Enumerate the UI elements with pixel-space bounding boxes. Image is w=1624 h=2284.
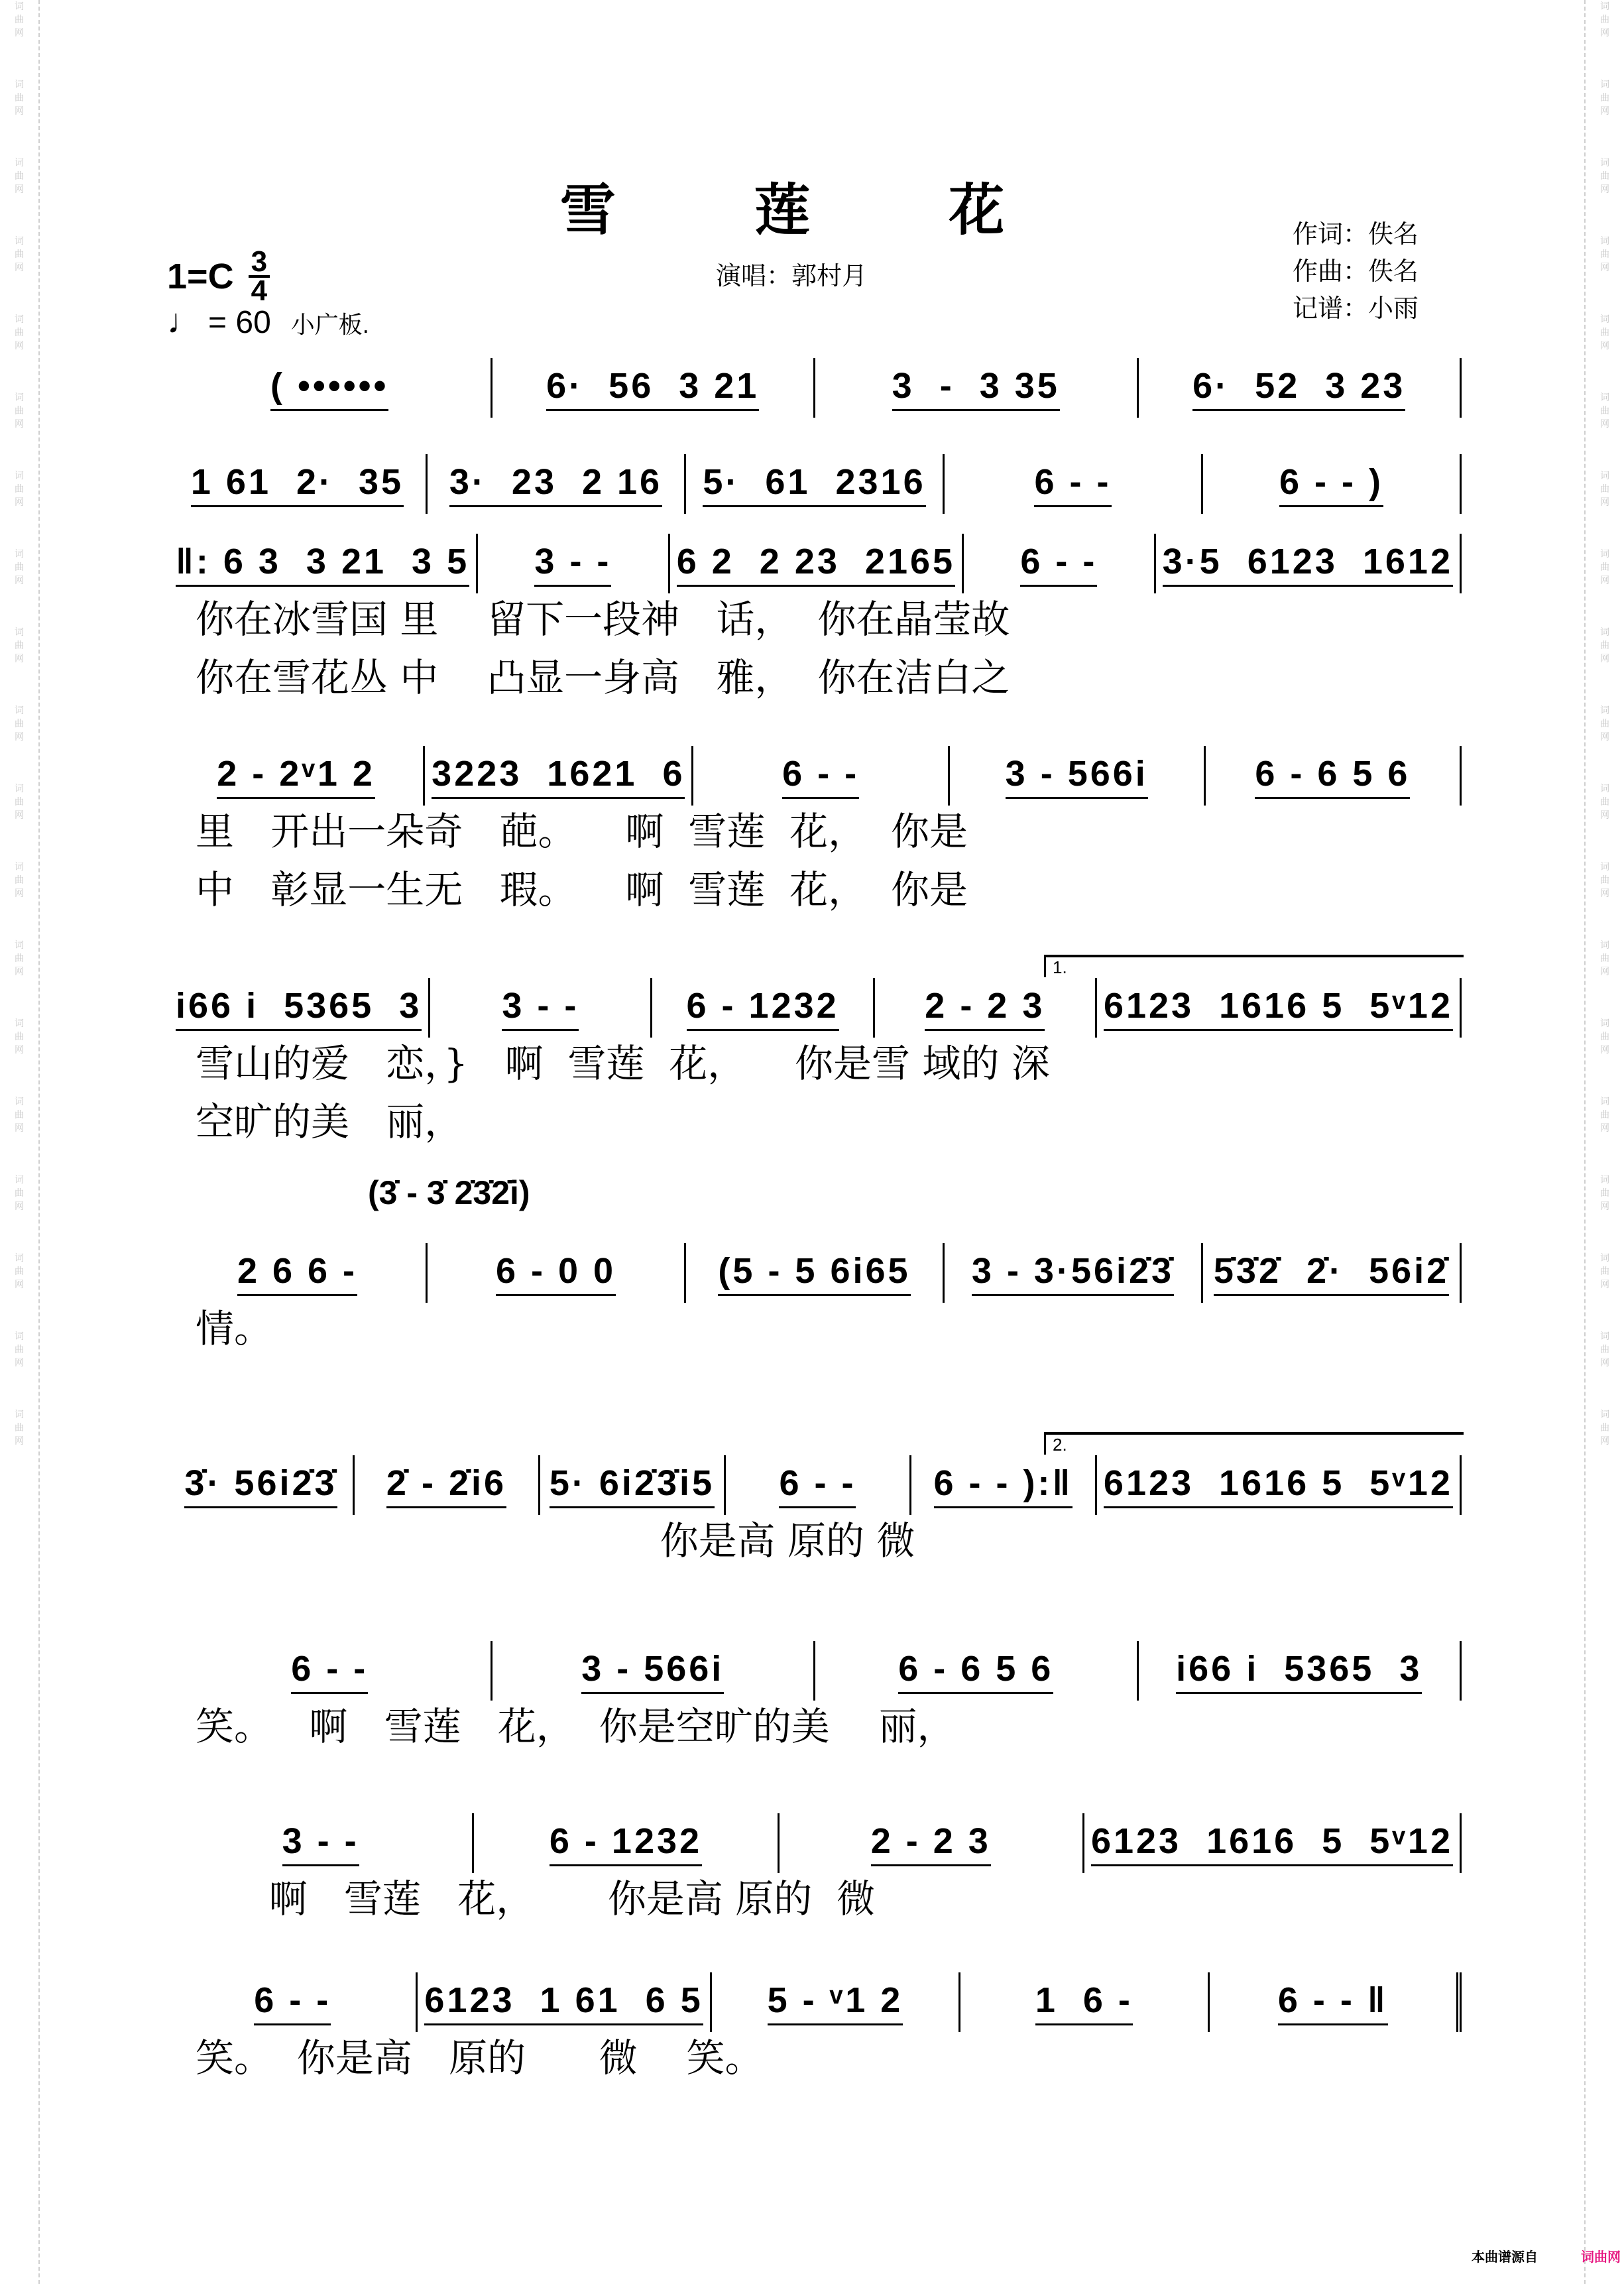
watermark-text: 词 曲 网 [0,0,38,40]
watermark-text: 词 曲 网 [0,1330,38,1370]
watermark-text: 词 曲 网 [1586,0,1624,40]
note-group: 6123 1 61 6 5 [424,1980,703,2025]
music-system: ( ••••••6· 56 3 213 - 3 356· 52 3 23 [169,361,1462,414]
note-group: i66 i 5365 3 [1176,1648,1422,1694]
measure: 3·5 6123 1612 [1156,534,1462,593]
measure: 2 - 2 3 [875,978,1097,1038]
watermark-text: 词 曲 网 [1586,548,1624,587]
watermark-text: 词 曲 网 [0,704,38,744]
lyric-line: 情。 [169,1299,1462,1358]
measure: 6 - - [693,746,949,806]
watermark-text: 词 曲 网 [1586,469,1624,509]
site-logo: 词曲网 [1581,2249,1621,2265]
volta-bracket: 1. [1044,955,1464,977]
left-watermark-strip: 词 曲 网词 曲 网词 曲 网词 曲 网词 曲 网词 曲 网词 曲 网词 曲 网… [0,0,40,2284]
note-group: i66 i 5365 3 [176,985,422,1031]
singer-credit: 演唱：郭村月 [716,255,867,292]
measure: 6 2 2 23 2165 [670,534,964,593]
key-signature: 1=C 3 4 [167,249,270,304]
note-group: 6 - 1232 [687,985,839,1031]
measure: 2 - 2 3 [780,1813,1084,1873]
watermark-text: 词 曲 网 [1586,939,1624,979]
note-group: 6123 1616 5 5ᵛ12 [1104,985,1453,1031]
note-group: 6 - - [782,753,859,799]
watermark-text: 词 曲 网 [1586,313,1624,353]
note-group: 6 - - [291,1648,368,1694]
measure: 3 - - [478,534,670,593]
watermark-text: 词 曲 网 [0,469,38,509]
notation-row: 2 - 2ᵛ1 23223 1621 66 - -3 - 566i6 - 6 5… [169,749,1462,802]
measure: 3̇· 56i2̇3̇ [169,1455,355,1515]
lyric-line: 你在冰雪国 里 留下一段神 话， 你在晶莹故 [169,590,1462,648]
watermark-text: 词 曲 网 [0,1095,38,1135]
measure: 3 - - [169,1813,474,1873]
measure: i66 i 5365 3 [1139,1641,1462,1701]
note-group: 6 - - [1020,541,1097,587]
note-group: 6 - - [779,1463,856,1508]
music-system: 2 6 6 -6 - 0 0(5 - 5 6i653 - 3·56i2̇3̇5̇… [169,1246,1462,1358]
measure: 6 - 6 5 6 [815,1641,1139,1701]
note-group: 6 - - [1034,461,1111,507]
note-group: 3 - - [534,541,611,587]
note-group: 6 - 0 0 [496,1250,616,1296]
volta-bracket: 2. [1044,1432,1464,1455]
watermark-text: 词 曲 网 [0,391,38,431]
note-group: 3· 23 2 16 [449,461,662,507]
note-group: 6 - - ‖ [1278,1980,1388,2025]
lyricist-credit: 作词：佚名 [1293,215,1419,253]
watermark-text: 词 曲 网 [0,313,38,353]
music-system: 3̇· 56i2̇3̇2̇ - 2̇i65· 6i2̇3̇i56 - -6 - … [169,1459,1462,1570]
watermark-text: 词 曲 网 [0,782,38,822]
watermark-text: 词 曲 网 [1586,861,1624,900]
alternate-line: (3̇ - 3̇ 2̇3̇2̇i) [368,1173,530,1212]
measure: 6 - 1232 [652,978,874,1038]
note-group: 6 - 6 5 6 [1255,753,1410,799]
note-group: 1 6 - [1035,1980,1133,2025]
note-group: 6· 52 3 23 [1192,365,1405,411]
measure: 6 - - [964,534,1156,593]
music-system: 6 - -3 - 566i6 - 6 5 6i66 i 5365 3笑。 啊 雪… [169,1644,1462,1756]
music-system: ‖: 6 3 3 21 3 53 - -6 2 2 23 21656 - -3·… [169,537,1462,707]
measure: 1 6 - [960,1972,1209,2032]
notation-row: ( ••••••6· 56 3 213 - 3 356· 52 3 23 [169,361,1462,414]
watermark-text: 词 曲 网 [0,1017,38,1057]
music-system: 2 - 2ᵛ1 23223 1621 66 - -3 - 566i6 - 6 5… [169,749,1462,919]
watermark-text: 词 曲 网 [1586,704,1624,744]
note-group: 2 - 2 3 [871,1821,991,1866]
watermark-text: 词 曲 网 [1586,1095,1624,1135]
notation-row: 6 - -6123 1 61 6 55 - ᵛ1 21 6 -6 - - ‖ [169,1976,1462,2029]
note-group: 3 - - [502,985,579,1031]
tempo-term: 小广板. [291,306,369,340]
watermark-text: 词 曲 网 [1586,1173,1624,1213]
time-signature: 3 4 [249,249,270,304]
measure: 6 - - [726,1455,911,1515]
note-group: 5· 6i2̇3̇i5 [550,1463,715,1508]
composer-credit: 作曲：佚名 [1293,253,1419,290]
note-group: ‖: 6 3 3 21 3 5 [176,541,469,587]
note-group: 3̇· 56i2̇3̇ [184,1463,337,1508]
note-group: 5· 61 2316 [703,461,925,507]
measure: 6· 56 3 21 [493,358,816,418]
measure: 2 6 6 - [169,1243,428,1303]
measure: 3· 23 2 16 [428,454,686,514]
lyric-line: 中 彰显一生无 瑕。 啊 雪莲 花， 你是 [169,861,1462,919]
note-group: 3 - 566i [581,1648,724,1694]
note-group: 5̇3̇2̇ 2̇· 56i2̇ [1214,1250,1449,1296]
measure: 5· 6i2̇3̇i5 [540,1455,726,1515]
watermark-text: 词 曲 网 [0,939,38,979]
measure: 6· 52 3 23 [1139,358,1462,418]
volta-label: 2. [1046,1435,1067,1455]
measure: 6 - 6 5 6 [1206,746,1462,806]
music-system: 6 - -6123 1 61 6 55 - ᵛ1 21 6 -6 - - ‖笑。… [169,1976,1462,2087]
note-group: 6 - 6 5 6 [898,1648,1053,1694]
measure: 5· 61 2316 [686,454,945,514]
notation-row: 3̇· 56i2̇3̇2̇ - 2̇i65· 6i2̇3̇i56 - -6 - … [169,1459,1462,1512]
tempo-marking: ♩ = 60 小广板. [167,302,369,341]
note-group: 2 - 2 3 [925,985,1045,1031]
watermark-text: 词 曲 网 [0,1173,38,1213]
measure: 6 - - ‖ [1210,1972,1462,2032]
note-group: 6· 56 3 21 [546,365,759,411]
note-group: 6123 1616 5 5ᵛ12 [1104,1463,1453,1508]
notation-row: 3 - -6 - 12322 - 2 36123 1616 5 5ᵛ12 [169,1817,1462,1870]
measure: 1 61 2· 35 [169,454,428,514]
measure: 3 - - [430,978,652,1038]
note-group: 3 - 566i [1006,753,1148,799]
note-group: 6 - - ):‖ [934,1463,1073,1508]
note-group: 2 6 6 - [237,1250,357,1296]
note-group: 3 - 3·56i2̇3̇ [972,1250,1174,1296]
watermark-text: 词 曲 网 [0,861,38,900]
watermark-text: 词 曲 网 [1586,1017,1624,1057]
credits-block: 作词：佚名 作曲：佚名 记谱：小雨 [1293,215,1419,327]
key-label: 1=C [167,256,234,297]
measure: 5̇3̇2̇ 2̇· 56i2̇ [1203,1243,1462,1303]
lyric-line: 啊 雪莲 花， 你是高 原的 微 [169,1870,1462,1928]
measure: 6123 1616 5 5ᵛ12 [1084,1813,1462,1873]
note-group: 3·5 6123 1612 [1163,541,1453,587]
measure: 3 - 566i [493,1641,816,1701]
measure: 6123 1 61 6 5 [418,1972,711,2032]
music-system: 1 61 2· 353· 23 2 165· 61 23166 - -6 - -… [169,457,1462,511]
note-group: 3 - 3 35 [892,365,1060,411]
measure: 6 - - ) [1203,454,1462,514]
measure: 6 - 0 0 [428,1243,686,1303]
lyric-line: 空旷的美 丽， [169,1093,1462,1151]
lyric-line: 你在雪花丛 中 凸显一身高 雅， 你在洁白之 [169,648,1462,707]
quarter-note-icon: ♩ [167,302,202,341]
note-group: 6 - 1232 [550,1821,702,1866]
note-group: 3223 1621 6 [432,753,685,799]
lyric-line: 笑。 啊 雪莲 花， 你是空旷的美 丽， [169,1697,1462,1756]
watermark-text: 词 曲 网 [0,1408,38,1448]
lyric-line: 雪山的爱 恋，} 啊 雪莲 花， 你是雪 域的 深 [169,1034,1462,1093]
notation-row: 2 6 6 -6 - 0 0(5 - 5 6i653 - 3·56i2̇3̇5̇… [169,1246,1462,1299]
measure: 6123 1616 5 5ᵛ12 [1097,978,1462,1038]
note-group: 2 - 2ᵛ1 2 [217,753,375,799]
note-group: 6 - - [254,1980,331,2025]
transcriber-credit: 记谱：小雨 [1293,290,1419,327]
note-group: ( •••••• [270,365,388,411]
measure: 3 - 3·56i2̇3̇ [945,1243,1203,1303]
measure: 3223 1621 6 [425,746,693,806]
measure: 2̇ - 2̇i6 [355,1455,540,1515]
notation-row: ‖: 6 3 3 21 3 53 - -6 2 2 23 21656 - -3·… [169,537,1462,590]
note-group: 6 - - ) [1279,461,1383,507]
measure: i66 i 5365 3 [169,978,430,1038]
source-footer: 本曲谱源自 词曲网 [1472,2246,1621,2265]
note-group: 6123 1616 5 5ᵛ12 [1091,1821,1453,1866]
right-watermark-strip: 词 曲 网词 曲 网词 曲 网词 曲 网词 曲 网词 曲 网词 曲 网词 曲 网… [1584,0,1624,2284]
note-group: (5 - 5 6i65 [718,1250,910,1296]
watermark-text: 词 曲 网 [1586,1252,1624,1292]
lyric-line: 里 开出一朵奇 葩。 啊 雪莲 花， 你是 [169,802,1462,861]
notation-row: 1 61 2· 353· 23 2 165· 61 23166 - -6 - -… [169,457,1462,511]
measure: 6 - - [945,454,1203,514]
measure: 6 - - [169,1972,418,2032]
watermark-text: 词 曲 网 [0,548,38,587]
watermark-text: 词 曲 网 [1586,391,1624,431]
measure: 6 - - ):‖ [911,1455,1097,1515]
measure: ‖: 6 3 3 21 3 5 [169,534,478,593]
note-group: 6 2 2 23 2165 [677,541,955,587]
watermark-text: 词 曲 网 [1586,626,1624,666]
watermark-text: 词 曲 网 [0,1252,38,1292]
watermark-text: 词 曲 网 [1586,78,1624,118]
measure: ( •••••• [169,358,493,418]
watermark-text: 词 曲 网 [1586,1408,1624,1448]
note-group: 1 61 2· 35 [191,461,404,507]
note-group: 3 - - [282,1821,359,1866]
lyric-line: 笑。 你是高 原的 微 笑。 [169,2029,1462,2087]
watermark-text: 词 曲 网 [1586,782,1624,822]
notation-row: 6 - -3 - 566i6 - 6 5 6i66 i 5365 3 [169,1644,1462,1697]
measure: 5 - ᵛ1 2 [712,1972,960,2032]
measure: 6123 1616 5 5ᵛ12 [1097,1455,1462,1515]
measure: 6 - - [169,1641,493,1701]
measure: 3 - 566i [950,746,1206,806]
measure: 3 - 3 35 [815,358,1139,418]
measure: 6 - 1232 [474,1813,779,1873]
note-group: 2̇ - 2̇i6 [386,1463,506,1508]
measure: 2 - 2ᵛ1 2 [169,746,425,806]
tempo-value: = 60 [208,304,271,341]
music-system: 3 - -6 - 12322 - 2 36123 1616 5 5ᵛ12 啊 雪… [169,1817,1462,1928]
watermark-text: 词 曲 网 [1586,1330,1624,1370]
watermark-text: 词 曲 网 [0,78,38,118]
notation-row: i66 i 5365 33 - -6 - 12322 - 2 36123 161… [169,981,1462,1034]
volta-label: 1. [1046,957,1067,977]
music-system: i66 i 5365 33 - -6 - 12322 - 2 36123 161… [169,981,1462,1151]
watermark-text: 词 曲 网 [0,626,38,666]
note-group: 5 - ᵛ1 2 [768,1980,903,2025]
measure: (5 - 5 6i65 [686,1243,945,1303]
lyric-line: 你是高 原的 微 [169,1512,1462,1570]
source-label: 本曲谱源自 [1472,2249,1538,2265]
